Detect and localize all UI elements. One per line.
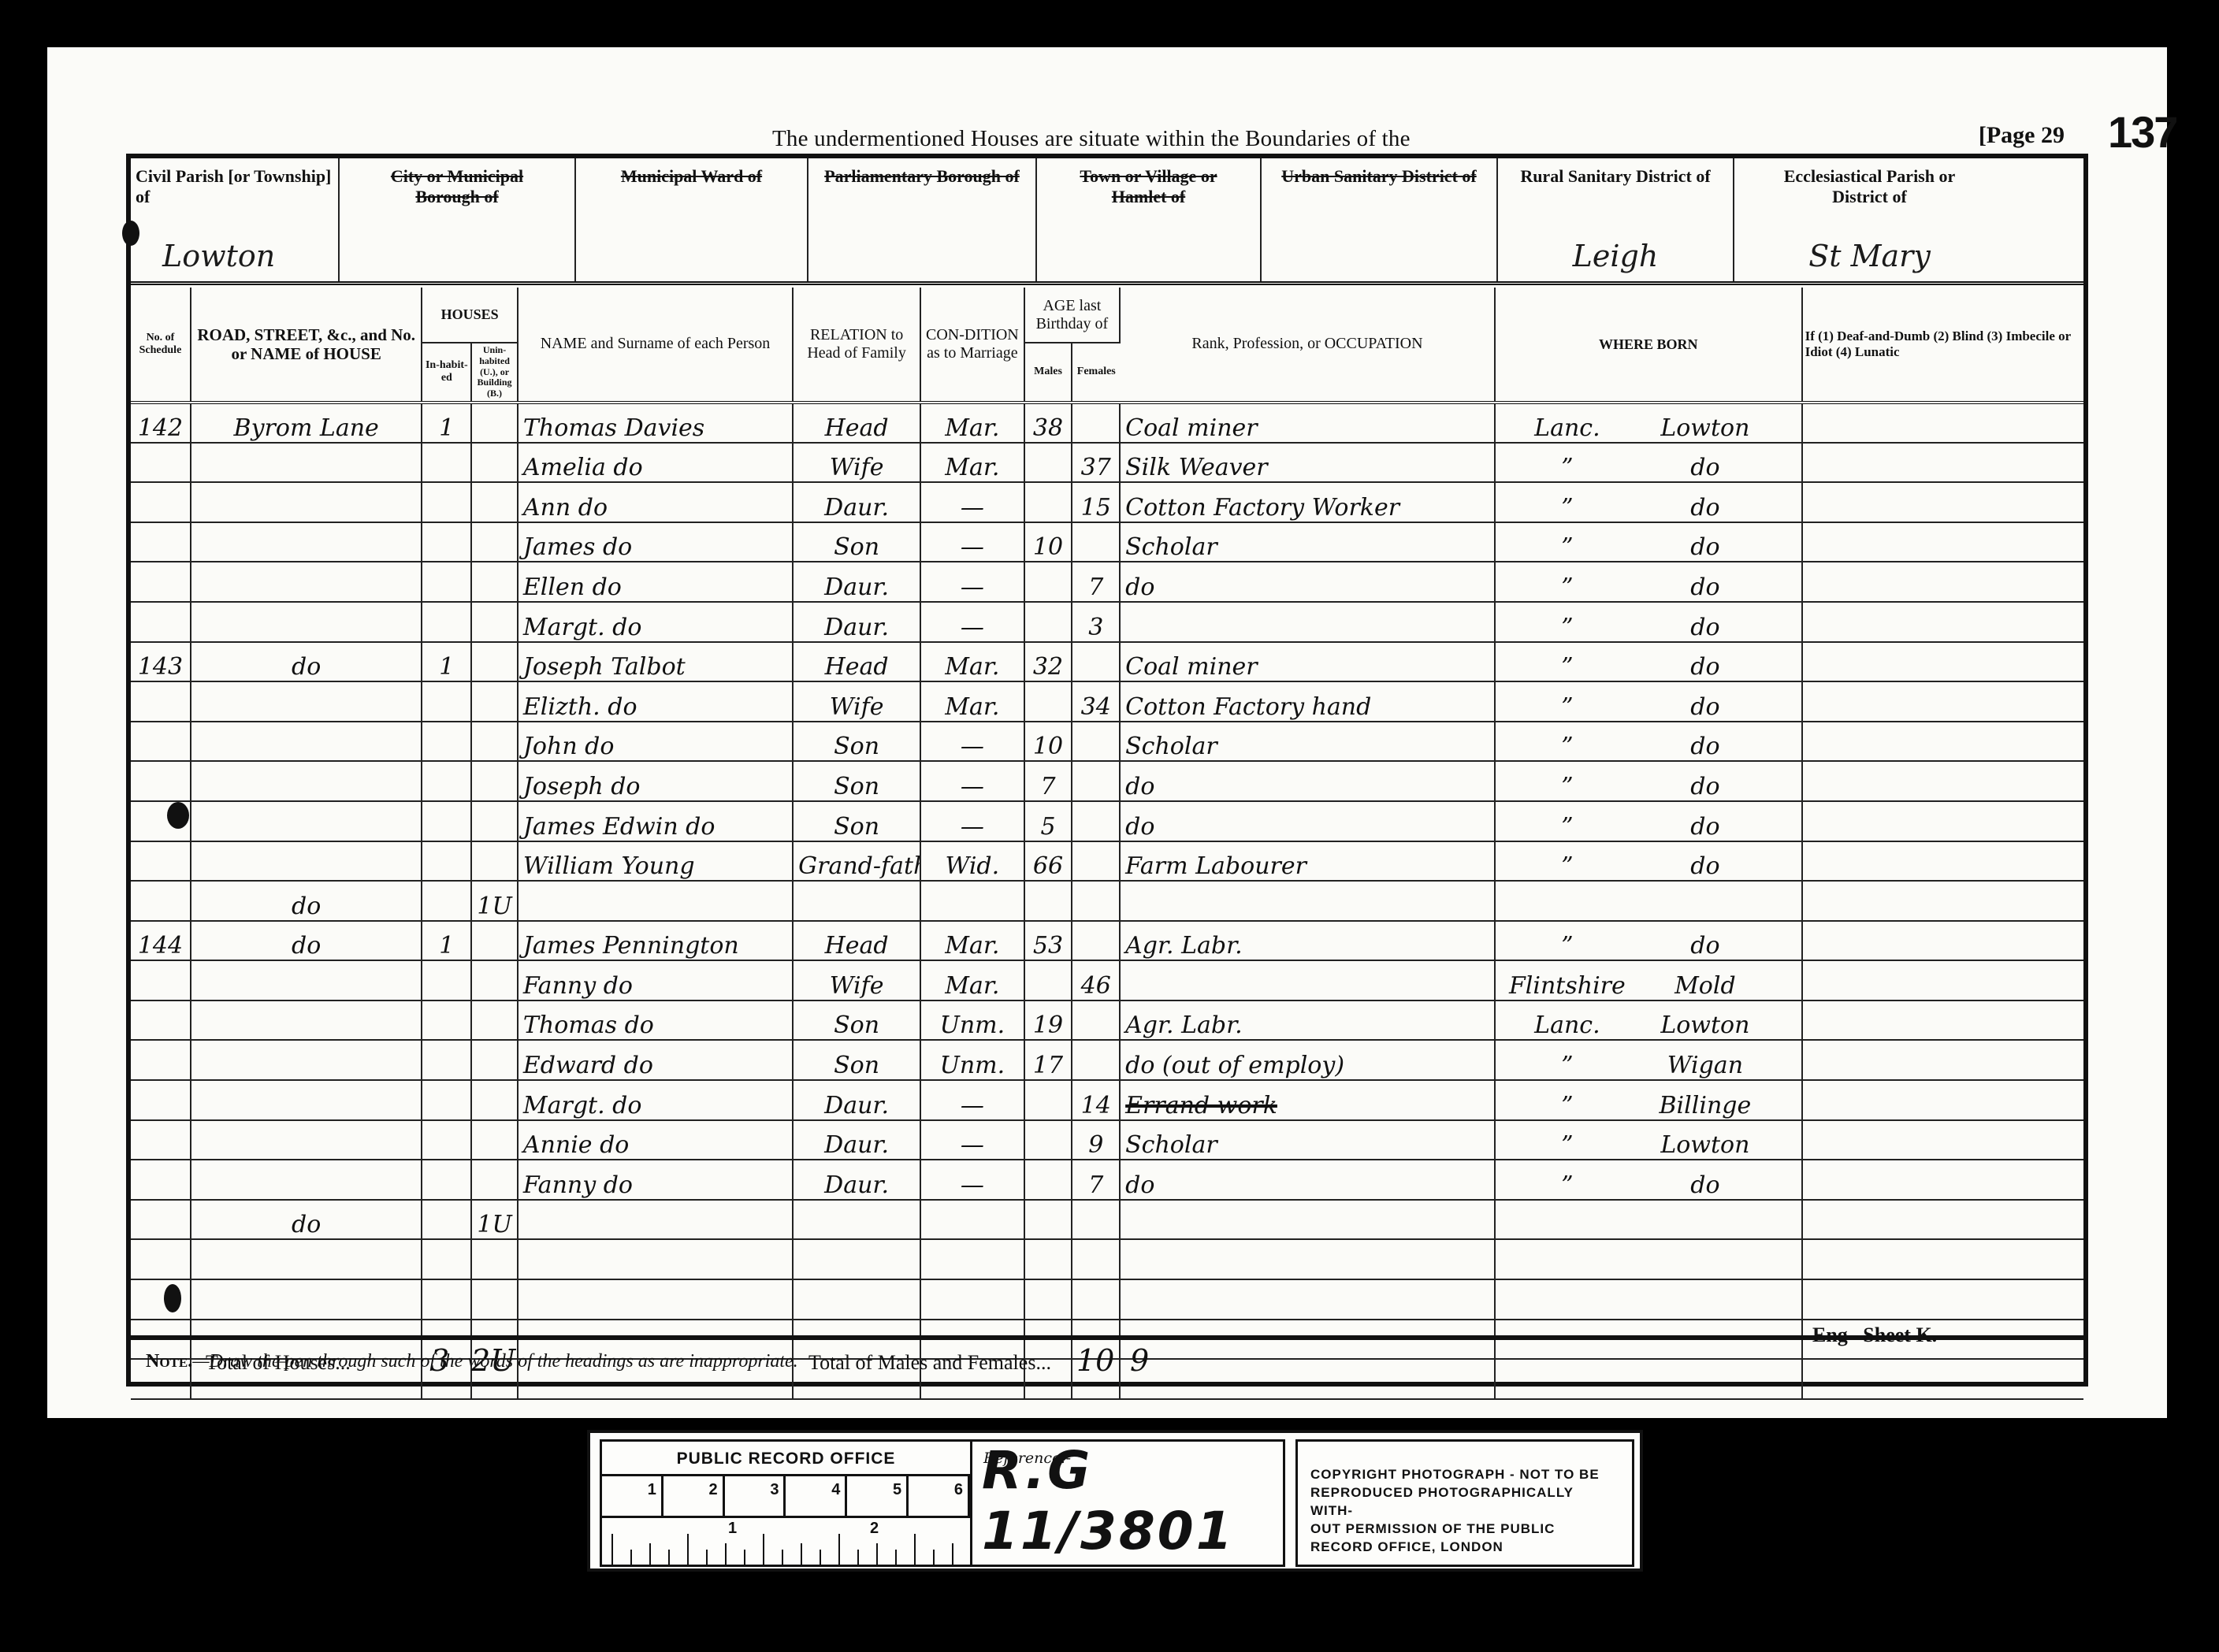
male-age-cell: 10 — [1024, 722, 1072, 762]
inhabited-cell: 1 — [422, 403, 471, 443]
inhabited-cell — [422, 1160, 471, 1200]
ruler-tick — [649, 1543, 651, 1567]
road-cell: do — [191, 881, 422, 921]
uninhabited-cell — [471, 482, 518, 522]
female-age-cell: 7 — [1072, 1160, 1120, 1200]
born-place: do — [1634, 813, 1776, 841]
female-age-cell — [1072, 1040, 1120, 1080]
total-persons-label: Total of Males and Females... — [808, 1351, 1051, 1375]
name-cell — [518, 1279, 793, 1320]
born-county: ” — [1500, 574, 1634, 601]
uninhabited-cell — [471, 642, 518, 682]
inhabited-cell — [422, 1000, 471, 1041]
condition-cell — [920, 881, 1024, 921]
inhabited-cell — [422, 881, 471, 921]
name-cell — [518, 1200, 793, 1240]
inhabited-cell — [422, 562, 471, 602]
uninhabited-cell — [471, 841, 518, 882]
name-cell: Ann do — [518, 482, 793, 522]
male-age-cell: 17 — [1024, 1040, 1072, 1080]
where-born-cell: ”do — [1495, 761, 1802, 801]
infirmity-cell — [1802, 841, 2083, 882]
relation-cell: Head — [793, 403, 920, 443]
occupation-cell: Silk Weaver — [1120, 443, 1495, 483]
name-cell — [518, 881, 793, 921]
ruler-tick — [725, 1543, 727, 1567]
condition-cell: Mar. — [920, 921, 1024, 961]
schedule-cell — [131, 722, 191, 762]
ruler-tick — [801, 1543, 802, 1567]
boundary-parliamentary-borough: Parliamentary Borough of — [808, 158, 1037, 281]
born-place: do — [1634, 653, 1776, 681]
copyright-line: REPRODUCED PHOTOGRAPHICALLY WITH- — [1310, 1483, 1619, 1520]
inhabited-cell — [422, 1200, 471, 1240]
road-cell — [191, 722, 422, 762]
born-place: Lowton — [1634, 1131, 1776, 1159]
occupation-cell: Errand work — [1120, 1080, 1495, 1120]
name-cell: Joseph Talbot — [518, 642, 793, 682]
relation-cell: Daur. — [793, 562, 920, 602]
uninhabited-cell — [471, 1080, 518, 1120]
reference-value: R.G 11/3801 — [982, 1440, 1283, 1561]
infirmity-cell — [1802, 403, 2083, 443]
infirmity-cell — [1802, 482, 2083, 522]
copyright-line: OUT PERMISSION OF THE PUBLIC — [1310, 1520, 1619, 1538]
col-schedule: No. of Schedule — [131, 288, 191, 403]
female-age-cell — [1072, 522, 1120, 562]
ink-blot — [122, 221, 139, 246]
where-born-cell: ”do — [1495, 841, 1802, 882]
ruler-tick — [763, 1534, 764, 1567]
name-cell: Amelia do — [518, 443, 793, 483]
uninhabited-cell — [471, 562, 518, 602]
infirmity-cell — [1802, 522, 2083, 562]
copyright-line: COPYRIGHT PHOTOGRAPH - NOT TO BE — [1310, 1465, 1619, 1483]
born-place: do — [1634, 773, 1776, 800]
female-age-cell — [1072, 921, 1120, 961]
ink-blot — [167, 802, 189, 829]
relation-cell — [793, 1200, 920, 1240]
condition-cell: Wid. — [920, 841, 1024, 882]
female-age-cell — [1072, 881, 1120, 921]
ruler-tick — [895, 1550, 897, 1567]
female-age-cell: 7 — [1072, 562, 1120, 602]
occupation-cell: Scholar — [1120, 722, 1495, 762]
col-houses: HOUSES — [422, 288, 517, 343]
col-age: AGE last Birthday of — [1024, 288, 1120, 343]
ruler-mark: 1 — [728, 1520, 737, 1538]
boundary-value: Leigh — [1498, 239, 1733, 273]
born-place: do — [1634, 693, 1776, 721]
name-cell: James Pennington — [518, 921, 793, 961]
uninhabited-cell — [471, 761, 518, 801]
uninhabited-cell — [471, 801, 518, 841]
uninhabited-cell: 1U — [471, 881, 518, 921]
infirmity-cell — [1802, 681, 2083, 722]
schedule-cell — [131, 761, 191, 801]
ruler-tick — [668, 1550, 670, 1567]
table-row: William YoungGrand-fatherWid.66Farm Labo… — [131, 841, 2083, 882]
table-row — [131, 1239, 2083, 1279]
road-cell — [191, 1279, 422, 1320]
boundary-label: Ecclesiastical Parish or District of — [1734, 166, 2005, 207]
male-age-cell — [1024, 881, 1072, 921]
infirmity-cell — [1802, 1200, 2083, 1240]
reference-box: Reference:- R.G 11/3801 — [970, 1439, 1285, 1567]
uninhabited-cell — [471, 602, 518, 642]
inhabited-cell — [422, 522, 471, 562]
schedule-cell — [131, 1000, 191, 1041]
relation-cell: Daur. — [793, 482, 920, 522]
name-cell: Joseph do — [518, 761, 793, 801]
table-row: Ellen doDaur.—7do”do — [131, 562, 2083, 602]
inhabited-cell — [422, 482, 471, 522]
male-age-cell — [1024, 1200, 1072, 1240]
infirmity-cell — [1802, 881, 2083, 921]
col-inhabited: In-habit-ed — [422, 343, 471, 403]
born-place: Billinge — [1634, 1092, 1776, 1119]
infirmity-cell — [1802, 1080, 2083, 1120]
relation-cell: Head — [793, 642, 920, 682]
uninhabited-cell — [471, 1160, 518, 1200]
condition-cell: Mar. — [920, 642, 1024, 682]
born-county: ” — [1500, 932, 1634, 960]
occupation-cell: do — [1120, 801, 1495, 841]
born-place: do — [1634, 574, 1776, 601]
where-born-cell — [1495, 1239, 1802, 1279]
schedule-cell — [131, 602, 191, 642]
born-place: do — [1634, 932, 1776, 960]
table-row: James Edwin doSon—5do”do — [131, 801, 2083, 841]
name-cell: Edward do — [518, 1040, 793, 1080]
occupation-cell: Cotton Factory hand — [1120, 681, 1495, 722]
road-cell — [191, 681, 422, 722]
ruler-tick — [782, 1550, 783, 1567]
male-age-cell: 10 — [1024, 522, 1072, 562]
occupation-cell: do — [1120, 562, 1495, 602]
table-row: Fanny doWifeMar.46FlintshireMold — [131, 960, 2083, 1000]
road-cell — [191, 602, 422, 642]
where-born-cell: ”do — [1495, 482, 1802, 522]
female-age-cell — [1072, 1239, 1120, 1279]
name-cell: Elizth. do — [518, 681, 793, 722]
schedule-cell — [131, 1279, 191, 1320]
condition-cell: — — [920, 801, 1024, 841]
male-age-cell — [1024, 562, 1072, 602]
schedule-cell — [131, 522, 191, 562]
female-age-cell: 37 — [1072, 443, 1120, 483]
ruler-tick — [952, 1543, 953, 1567]
copyright-line: RECORD OFFICE, LONDON — [1310, 1538, 1619, 1556]
relation-cell — [793, 881, 920, 921]
name-cell: Thomas do — [518, 1000, 793, 1041]
table-row: do1U — [131, 881, 2083, 921]
ruler-tick — [687, 1534, 689, 1567]
born-place: Mold — [1634, 972, 1776, 1000]
ruler-mark: 5 — [847, 1476, 909, 1516]
road-cell — [191, 1120, 422, 1160]
col-where-born: WHERE BORN — [1495, 288, 1802, 403]
pro-office-title: PUBLIC RECORD OFFICE — [602, 1442, 970, 1476]
infirmity-cell — [1802, 921, 2083, 961]
col-name: NAME and Surname of each Person — [518, 288, 793, 403]
female-age-cell: 14 — [1072, 1080, 1120, 1120]
born-county: ” — [1500, 533, 1634, 561]
name-cell: James Edwin do — [518, 801, 793, 841]
schedule-cell — [131, 1239, 191, 1279]
male-age-cell: 5 — [1024, 801, 1072, 841]
relation-cell: Son — [793, 522, 920, 562]
infirmity-cell — [1802, 1120, 2083, 1160]
inhabited-cell — [422, 602, 471, 642]
uninhabited-cell — [471, 722, 518, 762]
male-age-cell — [1024, 1239, 1072, 1279]
occupation-cell: do (out of employ) — [1120, 1040, 1495, 1080]
occupation-cell: do — [1120, 761, 1495, 801]
relation-cell: Wife — [793, 443, 920, 483]
born-county: ” — [1500, 454, 1634, 481]
male-age-cell — [1024, 1279, 1072, 1320]
road-cell — [191, 1160, 422, 1200]
born-county: ” — [1500, 1171, 1634, 1199]
condition-cell: — — [920, 1160, 1024, 1200]
table-row: John doSon—10Scholar”do — [131, 722, 2083, 762]
inhabited-cell — [422, 761, 471, 801]
ruler-tick — [933, 1550, 935, 1567]
occupation-cell — [1120, 1279, 1495, 1320]
occupation-cell: Scholar — [1120, 522, 1495, 562]
occupation-cell: Agr. Labr. — [1120, 921, 1495, 961]
born-county: ” — [1500, 1131, 1634, 1159]
occupation-cell — [1120, 1239, 1495, 1279]
condition-cell — [920, 1200, 1024, 1240]
col-condition: CON-DITION as to Marriage — [920, 288, 1024, 403]
condition-cell: — — [920, 562, 1024, 602]
born-place: do — [1634, 533, 1776, 561]
relation-cell: Son — [793, 761, 920, 801]
relation-cell: Head — [793, 921, 920, 961]
where-born-cell — [1495, 1200, 1802, 1240]
where-born-cell: Lanc.Lowton — [1495, 1000, 1802, 1041]
where-born-cell: ”do — [1495, 602, 1802, 642]
form-title: The undermentioned Houses are situate wi… — [772, 126, 1411, 152]
inhabited-cell — [422, 1080, 471, 1120]
male-age-cell: 19 — [1024, 1000, 1072, 1041]
boundary-value: St Mary — [1734, 239, 2005, 273]
uninhabited-cell — [471, 960, 518, 1000]
inhabited-cell — [422, 443, 471, 483]
schedule-cell — [131, 562, 191, 602]
road-cell — [191, 1239, 422, 1279]
condition-cell: — — [920, 761, 1024, 801]
ruler-mark: 2 — [870, 1520, 879, 1538]
ruler-tick — [820, 1550, 821, 1567]
infirmity-cell — [1802, 761, 2083, 801]
table-row: Elizth. doWifeMar.34Cotton Factory hand”… — [131, 681, 2083, 722]
inhabited-cell — [422, 1040, 471, 1080]
boundary-town-village: Town or Village or Hamlet of — [1037, 158, 1262, 281]
born-county: Lanc. — [1500, 1012, 1634, 1039]
ruler-mark: 2 — [663, 1476, 725, 1516]
female-age-cell: 46 — [1072, 960, 1120, 1000]
ruler-tick — [857, 1550, 859, 1567]
uninhabited-cell — [471, 1040, 518, 1080]
female-age-cell — [1072, 801, 1120, 841]
relation-cell: Daur. — [793, 1080, 920, 1120]
schedule-cell — [131, 1160, 191, 1200]
condition-cell — [920, 1239, 1024, 1279]
copyright-notice: COPYRIGHT PHOTOGRAPH - NOT TO BE REPRODU… — [1295, 1439, 1634, 1567]
female-age-cell — [1072, 642, 1120, 682]
uninhabited-cell — [471, 1239, 518, 1279]
male-age-cell — [1024, 1080, 1072, 1120]
uninhabited-cell — [471, 403, 518, 443]
boundary-label: Civil Parish [or Township] of — [131, 166, 338, 207]
name-cell: Margt. do — [518, 602, 793, 642]
born-county: ” — [1500, 852, 1634, 880]
born-county: ” — [1500, 614, 1634, 641]
table-row: 142Byrom Lane1Thomas DaviesHeadMar.38Coa… — [131, 403, 2083, 443]
uninhabited-cell — [471, 1000, 518, 1041]
name-cell — [518, 1239, 793, 1279]
female-age-cell: 15 — [1072, 482, 1120, 522]
boundary-label: Parliamentary Borough of — [808, 166, 1035, 187]
uninhabited-cell — [471, 681, 518, 722]
relation-cell: Wife — [793, 681, 920, 722]
born-place: do — [1634, 852, 1776, 880]
road-cell: do — [191, 1200, 422, 1240]
col-males: Males — [1024, 343, 1072, 403]
uninhabited-cell — [471, 443, 518, 483]
male-age-cell — [1024, 443, 1072, 483]
name-cell: Thomas Davies — [518, 403, 793, 443]
occupation-cell — [1120, 881, 1495, 921]
relation-cell — [793, 1279, 920, 1320]
occupation-cell: Farm Labourer — [1120, 841, 1495, 882]
table-row: 143do1Joseph TalbotHeadMar.32Coal miner”… — [131, 642, 2083, 682]
table-row: Thomas doSonUnm.19Agr. Labr.Lanc.Lowton — [131, 1000, 2083, 1041]
inhabited-cell — [422, 1120, 471, 1160]
female-age-cell: 34 — [1072, 681, 1120, 722]
name-cell: John do — [518, 722, 793, 762]
where-born-cell: ”do — [1495, 1160, 1802, 1200]
born-county: ” — [1500, 494, 1634, 522]
note-prefix: Note. — [146, 1351, 192, 1372]
name-cell: Ellen do — [518, 562, 793, 602]
infirmity-cell — [1802, 1279, 2083, 1320]
name-cell: Fanny do — [518, 960, 793, 1000]
schedule-cell — [131, 1040, 191, 1080]
occupation-cell: Cotton Factory Worker — [1120, 482, 1495, 522]
where-born-cell — [1495, 881, 1802, 921]
name-cell: Margt. do — [518, 1080, 793, 1120]
condition-cell: Mar. — [920, 443, 1024, 483]
name-cell: Fanny do — [518, 1160, 793, 1200]
total-males: 10 — [1076, 1343, 1114, 1378]
col-occupation: Rank, Profession, or OCCUPATION — [1120, 288, 1495, 403]
form-note: Note.—Draw the pen through such of the w… — [146, 1351, 798, 1372]
table-row: Annie doDaur.—9Scholar”Lowton — [131, 1120, 2083, 1160]
relation-cell: Son — [793, 1040, 920, 1080]
born-county: Flintshire — [1500, 972, 1634, 1000]
relation-cell: Son — [793, 1000, 920, 1041]
note-text: —Draw the pen through such of the words … — [192, 1351, 797, 1372]
infirmity-cell — [1802, 562, 2083, 602]
col-road: ROAD, STREET, &c., and No. or NAME of HO… — [191, 288, 422, 403]
schedule-cell — [131, 1200, 191, 1240]
road-cell — [191, 482, 422, 522]
condition-cell — [920, 1279, 1024, 1320]
table-row: James doSon—10Scholar”do — [131, 522, 2083, 562]
census-rows: 142Byrom Lane1Thomas DaviesHeadMar.38Coa… — [131, 403, 2083, 1399]
inhabited-cell — [422, 960, 471, 1000]
total-females: 9 — [1130, 1343, 1149, 1378]
female-age-cell — [1072, 761, 1120, 801]
schedule-cell — [131, 841, 191, 882]
born-county: ” — [1500, 1092, 1634, 1119]
where-born-cell: ”do — [1495, 562, 1802, 602]
road-cell — [191, 1080, 422, 1120]
male-age-cell — [1024, 681, 1072, 722]
ruler-tick — [706, 1550, 708, 1567]
table-row: Amelia doWifeMar.37Silk Weaver”do — [131, 443, 2083, 483]
name-cell: William Young — [518, 841, 793, 882]
relation-cell: Wife — [793, 960, 920, 1000]
born-place: do — [1634, 1171, 1776, 1199]
born-county: ” — [1500, 1052, 1634, 1079]
relation-cell — [793, 1239, 920, 1279]
infirmity-cell — [1802, 801, 2083, 841]
male-age-cell — [1024, 1160, 1072, 1200]
boundary-label: Municipal Ward of — [576, 166, 807, 187]
male-age-cell — [1024, 482, 1072, 522]
census-page: The undermentioned Houses are situate wi… — [47, 47, 2167, 1418]
schedule-cell: 144 — [131, 921, 191, 961]
census-form: The undermentioned Houses are situate wi… — [126, 122, 2096, 1398]
condition-cell: — — [920, 602, 1024, 642]
relation-cell: Daur. — [793, 1160, 920, 1200]
ruler-tick — [630, 1550, 632, 1567]
condition-cell: — — [920, 1120, 1024, 1160]
boundary-urban-sanitary: Urban Sanitary District of — [1262, 158, 1498, 281]
relation-cell: Grand-father — [793, 841, 920, 882]
schedule-cell — [131, 443, 191, 483]
road-cell: do — [191, 642, 422, 682]
where-born-cell: ”do — [1495, 522, 1802, 562]
relation-cell: Daur. — [793, 602, 920, 642]
occupation-cell: Scholar — [1120, 1120, 1495, 1160]
born-county: ” — [1500, 693, 1634, 721]
male-age-cell: 7 — [1024, 761, 1072, 801]
condition-cell: — — [920, 1080, 1024, 1120]
male-age-cell: 32 — [1024, 642, 1072, 682]
born-place: do — [1634, 454, 1776, 481]
infirmity-cell — [1802, 602, 2083, 642]
ink-blot — [164, 1284, 181, 1312]
condition-cell: Unm. — [920, 1000, 1024, 1041]
inhabited-cell: 1 — [422, 642, 471, 682]
born-county: ” — [1500, 813, 1634, 841]
born-place: do — [1634, 494, 1776, 522]
uninhabited-cell — [471, 1120, 518, 1160]
uninhabited-cell — [471, 522, 518, 562]
where-born-cell: ”Lowton — [1495, 1120, 1802, 1160]
page-reference: [Page 29 — [1979, 122, 2065, 149]
boundary-civil-parish: Civil Parish [or Township] of Lowton — [131, 158, 340, 281]
road-cell — [191, 761, 422, 801]
condition-cell: Mar. — [920, 403, 1024, 443]
occupation-cell: Agr. Labr. — [1120, 1000, 1495, 1041]
